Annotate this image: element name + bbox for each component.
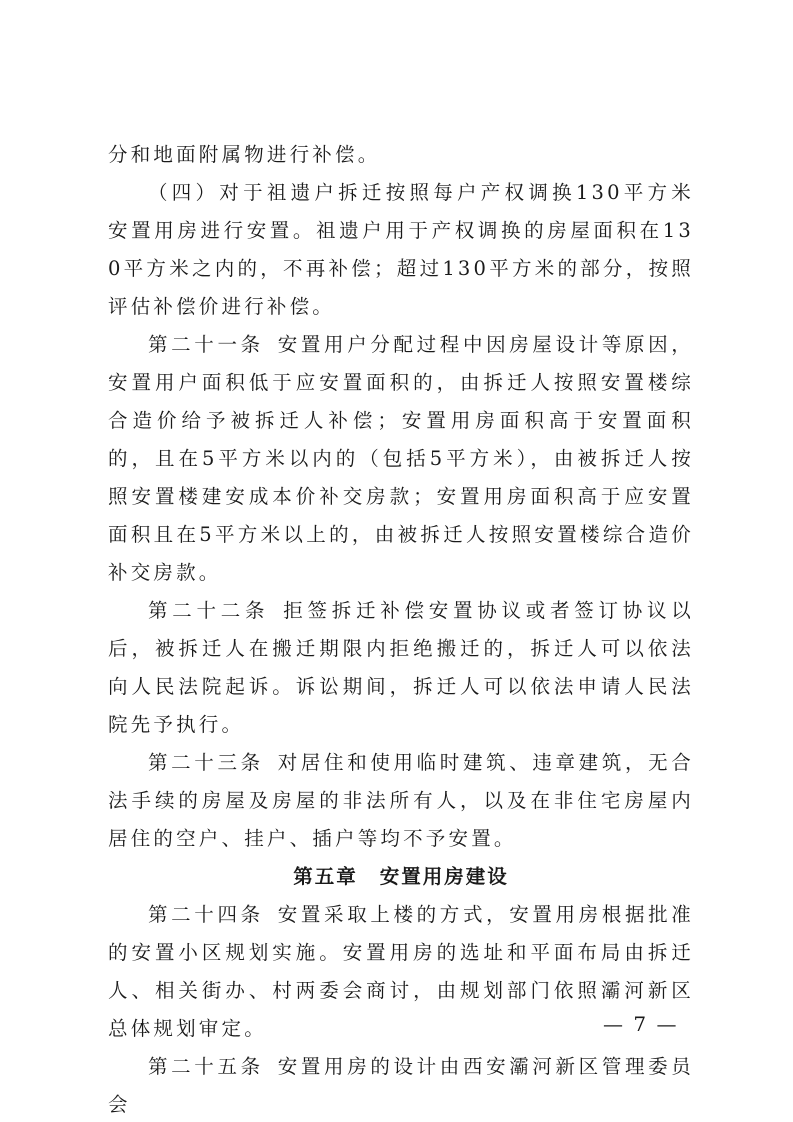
paragraph-text: 分和地面附属物进行补偿。: [108, 143, 380, 166]
paragraph-item-four: （四）对于祖遗户拆迁按照每户产权调换130平方米安置用房进行安置。祖遗户用于产权…: [108, 174, 694, 326]
paragraph-continuation: 分和地面附属物进行补偿。: [108, 136, 694, 174]
document-body: 分和地面附属物进行补偿。 （四）对于祖遗户拆迁按照每户产权调换130平方米安置用…: [108, 136, 694, 1122]
chapter-title: 安置用房建设: [380, 865, 509, 888]
page-number: — 7 —: [603, 1010, 678, 1038]
article-text: 安置用户分配过程中因房屋设计等原因，安置用户面积低于应安置面积的，由拆迁人按照安…: [108, 333, 694, 584]
chapter-number: 第五章: [293, 865, 358, 888]
chapter-heading: 第五章安置用房建设: [108, 858, 694, 896]
article-23: 第二十三条对居住和使用临时建筑、违章建筑，无合法手续的房屋及房屋的非法所有人，以…: [108, 744, 694, 858]
article-number: 第二十三条: [148, 751, 264, 774]
article-number: 第二十二条: [148, 599, 269, 622]
article-25: 第二十五条安置用房的设计由西安灞河新区管理委员会: [108, 1048, 694, 1122]
article-22: 第二十二条拒签拆迁补偿安置协议或者签订协议以后，被拆迁人在搬迁期限内拒绝搬迁的，…: [108, 592, 694, 744]
article-number: 第二十四条: [148, 903, 264, 926]
article-number: 第二十一条: [148, 333, 264, 356]
document-page: 分和地面附属物进行补偿。 （四）对于祖遗户拆迁按照每户产权调换130平方米安置用…: [0, 0, 793, 1122]
paragraph-text: （四）对于祖遗户拆迁按照每户产权调换130平方米安置用房进行安置。祖遗户用于产权…: [108, 181, 694, 318]
article-number: 第二十五条: [148, 1055, 264, 1078]
article-21: 第二十一条安置用户分配过程中因房屋设计等原因，安置用户面积低于应安置面积的，由拆…: [108, 326, 694, 592]
